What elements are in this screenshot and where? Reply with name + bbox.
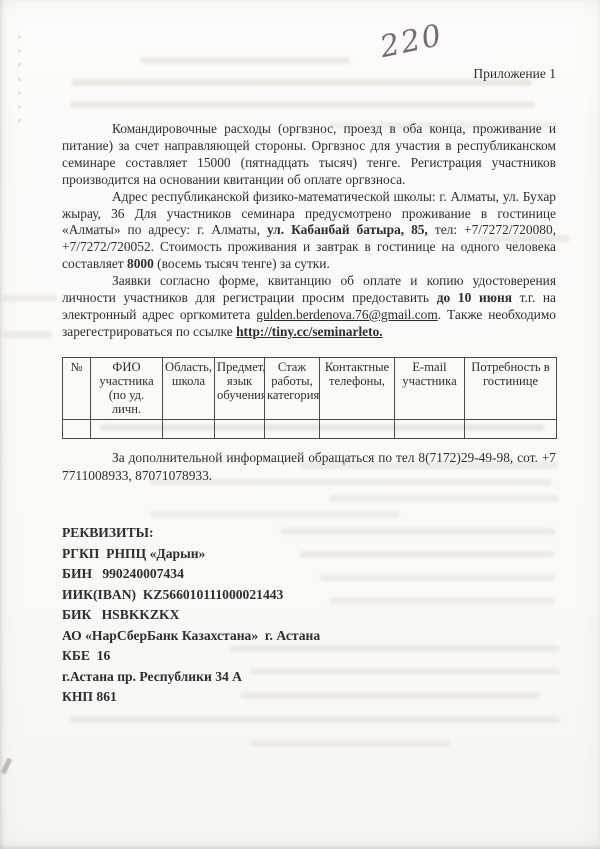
table-empty-row [63, 420, 557, 439]
table-empty-cell [215, 420, 265, 439]
paragraph-applications: Заявки согласно форме, квитанцию об опла… [62, 273, 556, 341]
requisites-bank: АО «НарСберБанк Казахстана» г. Астана [62, 626, 556, 647]
requisites-org: РГКП РНПЦ «Дарын» [62, 544, 556, 565]
orgcommittee-email: gulden.berdenova.76@gmail.com [256, 307, 438, 322]
paragraph-contact-info: За дополнительной информацией обращаться… [62, 449, 556, 484]
table-empty-cell [91, 420, 163, 439]
col-experience: Стаж работы, категория [265, 358, 320, 420]
price-bold: 8000 [127, 256, 154, 271]
col-hotel-need: Потребность в гостинице [465, 358, 557, 420]
expenses-text: Командировочные расходы (оргвзнос, проез… [62, 121, 556, 187]
table-empty-cell [63, 420, 91, 439]
handwritten-page-number: 220 [377, 18, 446, 65]
requisites-iban: ИИК(IBAN) KZ566010111000021443 [62, 585, 556, 606]
deadline-bold: до 10 июня [437, 290, 512, 305]
hotel-address-bold: ул. Кабанбай батыра, 85, [267, 222, 428, 237]
table-empty-cell [163, 420, 215, 439]
requisites-kbe: КБЕ 16 [62, 646, 556, 667]
table-empty-cell [465, 420, 557, 439]
col-number: № [63, 358, 91, 420]
requisites-bin: БИН 990240007434 [62, 564, 556, 585]
requisites-bik: БИК HSBKKZKX [62, 605, 556, 626]
col-phones: Контактные телефоны, [320, 358, 395, 420]
col-email: E-mail участника [395, 358, 465, 420]
requisites-address: г.Астана пр. Республики 34 А [62, 667, 556, 688]
table-empty-cell [395, 420, 465, 439]
requisites-knp: КНП 861 [62, 687, 556, 708]
registration-table: № ФИО участника (по уд. личн. Область, ш… [62, 357, 557, 439]
table-empty-cell [265, 420, 320, 439]
requisites-block: РЕКВИЗИТЫ: РГКП РНПЦ «Дарын» БИН 9902400… [62, 523, 556, 708]
contact-info-section: За дополнительной информацией обращаться… [62, 449, 556, 484]
col-subject: Предмет, язык обучения [215, 358, 265, 420]
scanned-page: 220 Приложение 1 Командировочные расходы… [0, 0, 600, 849]
paragraph-school-address: Адрес республиканской физико-математичес… [62, 189, 556, 274]
requisites-title: РЕКВИЗИТЫ: [62, 523, 556, 544]
appendix-label: Приложение 1 [62, 66, 556, 82]
scan-edge-marks [18, 35, 21, 130]
col-region: Область, школа [163, 358, 215, 420]
ink-smudge [1, 758, 12, 775]
table-empty-cell [320, 420, 395, 439]
registration-link: http://tiny.cc/seminarleto. [236, 324, 383, 339]
document-body: Командировочные расходы (оргвзнос, проез… [62, 121, 556, 341]
paragraph-travel-expenses: Командировочные расходы (оргвзнос, проез… [62, 121, 556, 189]
table-header-row: № ФИО участника (по уд. личн. Область, ш… [63, 358, 557, 420]
col-name: ФИО участника (по уд. личн. [91, 358, 163, 420]
